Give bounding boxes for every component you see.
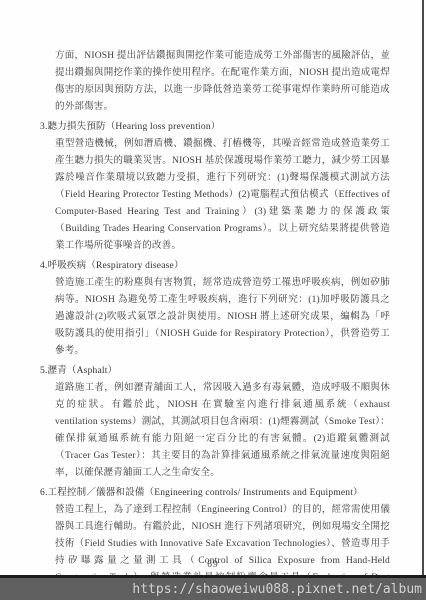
watermark-bar: https://shaoweiwu088.pixnet.net/album bbox=[0, 575, 426, 600]
section-respiratory-disease-heading: 4.呼吸疾病（Respiratory disease） bbox=[40, 258, 390, 275]
text-column: 方面，NIOSH 提出評估鑽掘與開挖作業可能造成勞工外部傷害的風險評估，並提出鑽… bbox=[0, 48, 390, 600]
intro-paragraph: 方面，NIOSH 提出評估鑽掘與開挖作業可能造成勞工外部傷害的風險評估，並提出鑽… bbox=[55, 48, 390, 116]
section-respiratory-disease-body: 營造施工產生的粉塵與有害物質，經常造成營造勞工罹患呼吸疾病，例如矽肺病等。NIO… bbox=[55, 275, 390, 360]
section-hearing-loss-body: 重型營造機械，例如潛盾機、鑽掘機、打樁機等，其噪音經常造成營造業勞工產生聽力損失… bbox=[55, 136, 390, 255]
section-asphalt-body: 道路施工者，例如瀝青舖面工人，常因吸入過多有毒氣體，造成呼吸不順與休克的症狀。有… bbox=[55, 380, 390, 482]
document-page: 方面，NIOSH 提出評估鑽掘與開挖作業可能造成勞工外部傷害的風險評估，並提出鑽… bbox=[0, 0, 426, 600]
section-engineering-controls-heading: 6.工程控制／儀器和設備（Engineering controls/ Instr… bbox=[40, 485, 390, 502]
section-hearing-loss-heading: 3.聽力損失預防（Hearing loss prevention） bbox=[40, 119, 390, 136]
section-asphalt-heading: 5.瀝青（Asphalt） bbox=[40, 363, 390, 380]
watermark-url: https://shaoweiwu088.pixnet.net/album bbox=[132, 582, 426, 597]
page-right-edge-line bbox=[422, 0, 424, 578]
page-number: 69 bbox=[0, 560, 426, 570]
